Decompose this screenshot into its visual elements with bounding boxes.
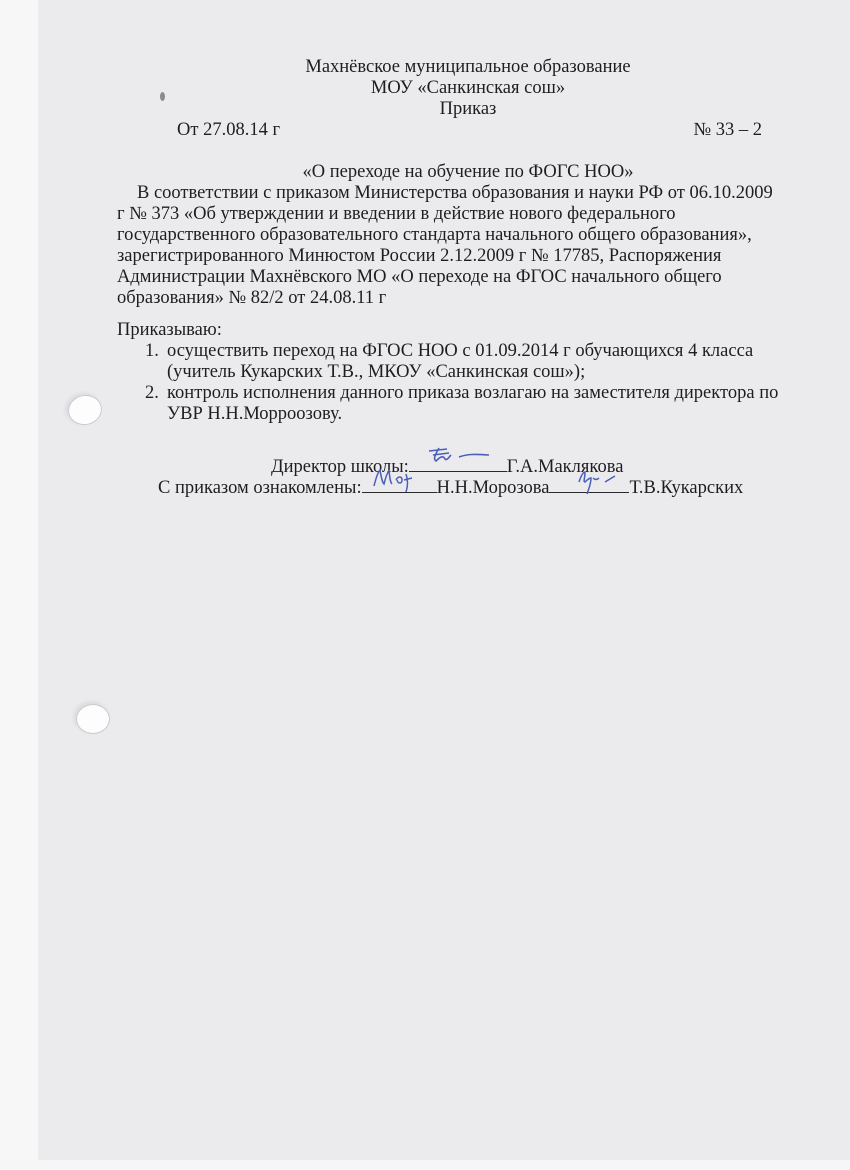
organization-name: Махнёвское муниципальное образование <box>0 57 850 78</box>
preamble-line: государственного образовательного станда… <box>117 225 817 246</box>
order-heading: Приказываю: <box>117 320 222 341</box>
acknowledged-person-1: Н.Н.Морозова <box>437 478 550 498</box>
item-text-line: УВР Н.Н.Морроозову. <box>167 404 825 425</box>
document-type: Приказ <box>0 99 850 120</box>
preamble-line: зарегистрированного Минюстом России 2.12… <box>117 246 817 267</box>
acknowledgement-label: С приказом ознакомлены: <box>158 478 362 498</box>
order-items-list: 1. осуществить переход на ФГОС НОО с 01.… <box>145 341 825 425</box>
item-number: 1. <box>145 341 159 362</box>
order-item: 2. контроль исполнения данного приказа в… <box>145 383 825 425</box>
item-text-line: контроль исполнения данного приказа возл… <box>167 383 825 404</box>
signature-line-1 <box>362 476 437 493</box>
preamble-line: Администрации Махнёвского МО «О переходе… <box>117 267 817 288</box>
order-date: От 27.08.14 г <box>177 120 280 141</box>
preamble-line: образования» № 82/2 от 24.08.11 г <box>117 288 817 309</box>
school-name: МОУ «Санкинская сош» <box>0 78 850 99</box>
order-title: «О переходе на обучение по ФОГС НОО» <box>0 162 850 183</box>
preamble-line: г № 373 «Об утверждении и введении в дей… <box>117 204 817 225</box>
punch-hole-icon <box>65 392 104 428</box>
scan-bottom-margin <box>0 1160 850 1170</box>
item-number: 2. <box>145 383 159 404</box>
acknowledgement-row: С приказом ознакомлены:Н.Н.МорозоваТ.В.К… <box>158 476 743 499</box>
item-text-line: (учитель Кукарских Т.В., МКОУ «Санкинска… <box>167 362 825 383</box>
order-item: 1. осуществить переход на ФГОС НОО с 01.… <box>145 341 825 383</box>
handwritten-signature-icon <box>362 466 437 490</box>
preamble-line: В соответствии с приказом Министерства о… <box>117 183 817 204</box>
item-text-line: осуществить переход на ФГОС НОО с 01.09.… <box>167 341 825 362</box>
order-number: № 33 – 2 <box>693 120 762 141</box>
preamble-paragraph: В соответствии с приказом Министерства о… <box>117 183 817 309</box>
handwritten-signature-icon <box>549 466 629 494</box>
signature-line-2 <box>549 476 629 493</box>
acknowledged-person-2: Т.В.Кукарских <box>629 478 743 498</box>
punch-hole-icon <box>76 704 110 734</box>
